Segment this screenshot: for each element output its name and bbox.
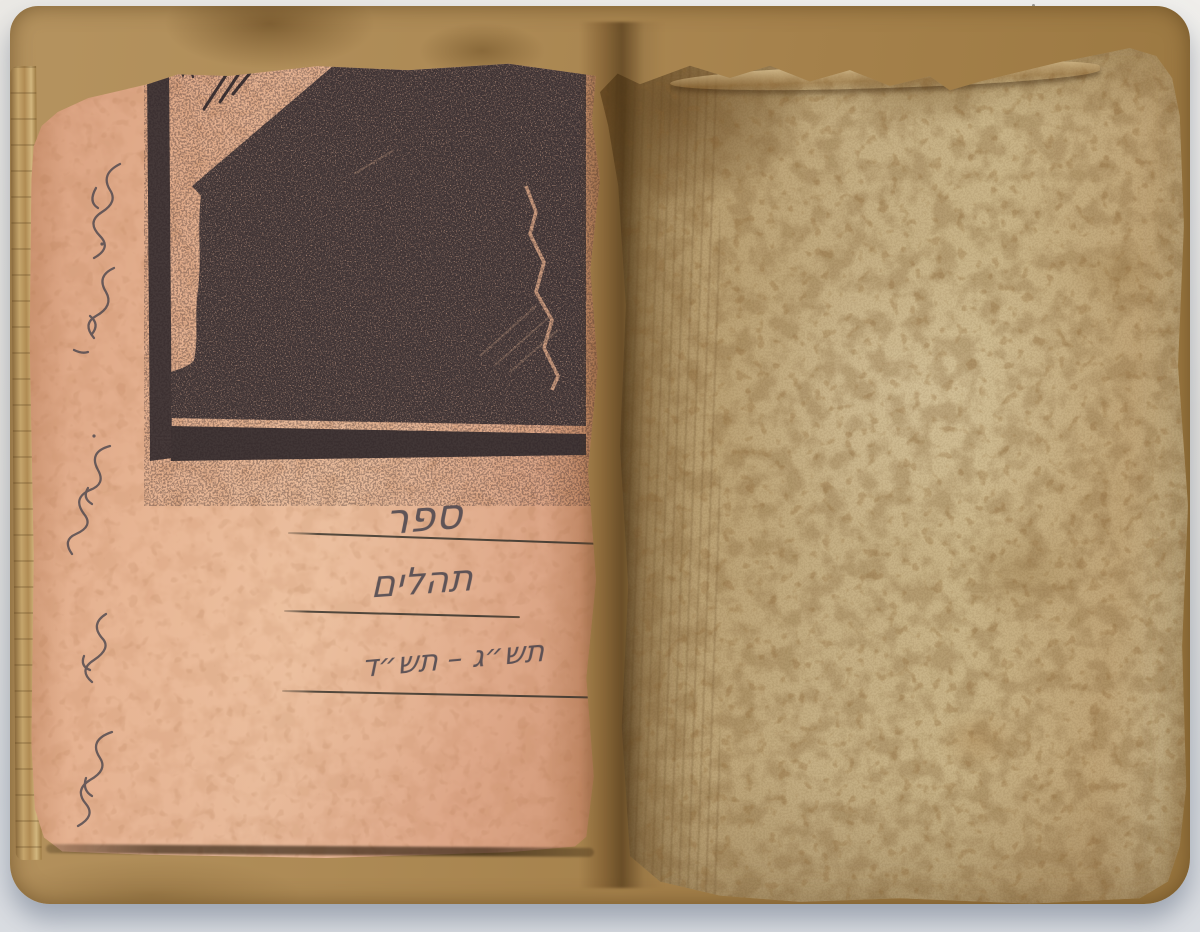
handwritten-entry-subject: תהלים: [351, 555, 492, 608]
left-page-pink: ספר תהלים תש״ג – תש״ד: [28, 40, 600, 858]
stain-texture: [600, 26, 1188, 908]
handwritten-entry-year: תש״ג – תש״ד: [338, 632, 568, 687]
ruled-line: [284, 610, 520, 618]
margin-inscription-handwriting: [34, 136, 154, 836]
right-page-blank: [600, 26, 1188, 908]
book-scan: ספר תהלים תש״ג – תש״ד: [0, 0, 1200, 932]
handwritten-entry-title: ספר: [364, 487, 484, 547]
woodcut-illustration: [144, 54, 608, 506]
ruled-line: [282, 690, 618, 699]
